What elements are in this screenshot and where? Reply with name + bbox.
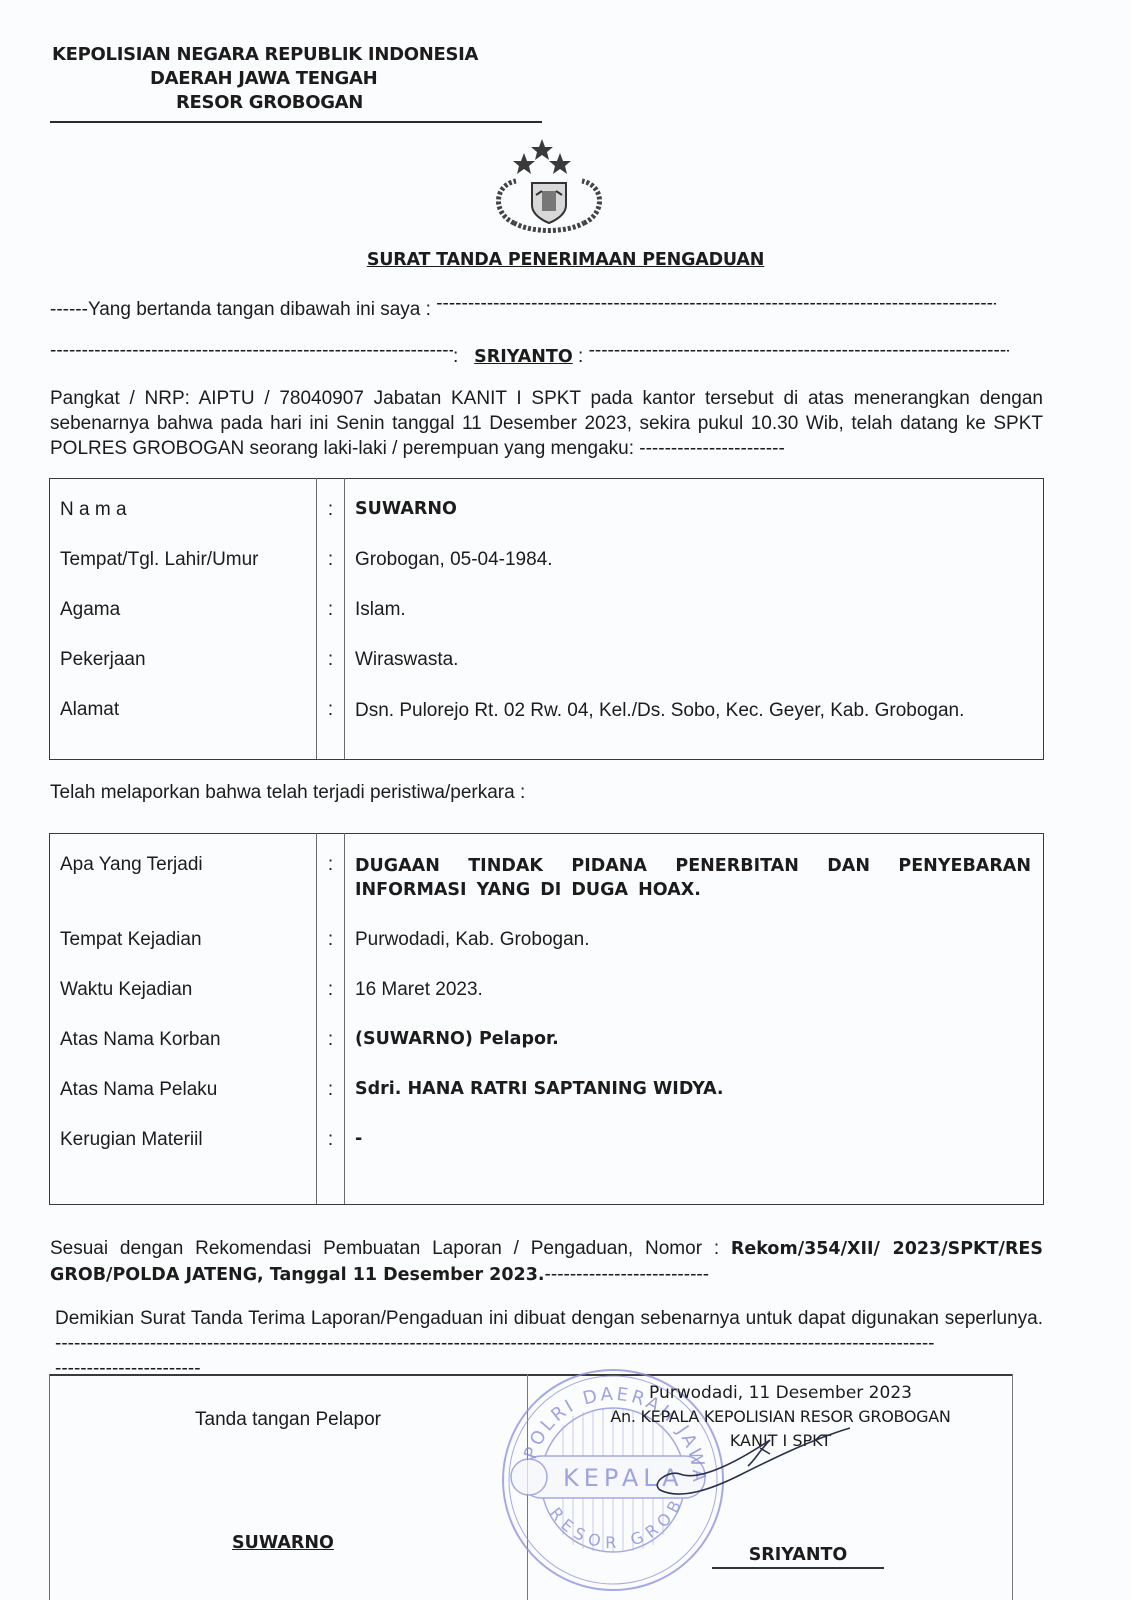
label-pekerjaan: Pekerjaan	[50, 649, 316, 699]
label-agama: Agama	[50, 599, 316, 649]
value-tempat-kejadian: Purwodadi, Kab. Grobogan.	[345, 929, 1043, 979]
document-title-text: SURAT TANDA PENERIMAAN PENGADUAN	[367, 250, 764, 270]
reporter-name: SUWARNO	[232, 1533, 334, 1553]
handwritten-signature-icon	[620, 1420, 860, 1510]
incident-labels: Apa Yang Terjadi Tempat Kejadian Waktu K…	[50, 834, 317, 1205]
separator: :	[317, 549, 344, 599]
separator: :	[317, 499, 344, 549]
reporter-signature-caption: Tanda tangan Pelapor	[49, 1409, 527, 1431]
separator: :	[317, 854, 344, 929]
incident-values: DUGAAN TINDAK PIDANA PENERBITAN DAN PENY…	[345, 834, 1044, 1205]
separator: :	[317, 979, 344, 1029]
letterhead-divider	[50, 121, 542, 123]
police-emblem-icon	[492, 135, 607, 235]
value-pekerjaan: Wiraswasta.	[345, 649, 1043, 699]
separator: :	[317, 599, 344, 649]
place-date: Purwodadi, 11 Desember 2023	[549, 1381, 1012, 1405]
officer-line: : SRIYANTO :	[50, 340, 1043, 368]
reporter-table: N a m a Tempat/Tgl. Lahir/Umur Agama Pek…	[49, 478, 1044, 760]
dash-trail: --------------------------	[545, 1264, 710, 1285]
value-kerugian: -	[345, 1129, 1043, 1179]
label-alamat: Alamat	[50, 699, 316, 755]
label-pelaku: Atas Nama Pelaku	[50, 1079, 316, 1129]
separator: :	[317, 1029, 344, 1079]
intro-line: ------Yang bertanda tangan dibawah ini s…	[50, 293, 1043, 321]
reporter-labels: N a m a Tempat/Tgl. Lahir/Umur Agama Pek…	[50, 479, 317, 760]
label-ttl: Tempat/Tgl. Lahir/Umur	[50, 549, 316, 599]
value-ttl: Grobogan, 05-04-1984.	[345, 549, 1043, 599]
incident-table: Apa Yang Terjadi Tempat Kejadian Waktu K…	[49, 833, 1044, 1205]
value-nama: SUWARNO	[345, 499, 1043, 549]
letterhead-line-1: KEPOLISIAN NEGARA REPUBLIK INDONESIA	[52, 44, 542, 65]
value-pelaku: Sdri. HANA RATRI SAPTANING WIDYA.	[345, 1079, 1043, 1129]
colon: :	[453, 346, 464, 367]
intro-text: Yang bertanda tangan dibawah ini saya :	[88, 299, 436, 320]
letterhead-line-2: DAERAH JAWA TENGAH	[52, 68, 542, 89]
signature-box-right-border	[1012, 1374, 1013, 1600]
separator: :	[317, 699, 344, 749]
separator: :	[317, 649, 344, 699]
officer-statement: Pangkat / NRP: AIPTU / 78040907 Jabatan …	[50, 386, 1043, 461]
value-waktu-kejadian: 16 Maret 2023.	[345, 979, 1043, 1029]
separator: :	[317, 929, 344, 979]
reporter-separators: : : : : :	[317, 479, 345, 760]
officer-name-signature: SRIYANTO	[749, 1545, 848, 1565]
letterhead-line-3: RESOR GROBOGAN	[52, 92, 542, 113]
label-tempat-kejadian: Tempat Kejadian	[50, 929, 316, 979]
incident-intro: Telah melaporkan bahwa telah terjadi per…	[50, 782, 1043, 804]
officer-name: SRIYANTO	[474, 347, 573, 367]
dash-prefix: ------	[50, 299, 88, 320]
separator: :	[317, 1129, 344, 1179]
value-apa-yang-terjadi: DUGAAN TINDAK PIDANA PENERBITAN DAN PENY…	[345, 854, 1043, 929]
closing-text: Demikian Surat Tanda Terima Laporan/Peng…	[55, 1308, 1043, 1329]
label-apa-yang-terjadi: Apa Yang Terjadi	[50, 854, 316, 929]
dash-fill	[436, 293, 996, 315]
recommendation-text: Sesuai dengan Rekomendasi Pembuatan Lapo…	[50, 1238, 731, 1259]
document-title: SURAT TANDA PENERIMAAN PENGADUAN	[0, 250, 1131, 270]
value-agama: Islam.	[345, 599, 1043, 649]
recommendation: Sesuai dengan Rekomendasi Pembuatan Lapo…	[50, 1236, 1043, 1288]
label-korban: Atas Nama Korban	[50, 1029, 316, 1079]
value-korban: (SUWARNO) Pelapor.	[345, 1029, 1043, 1079]
officer-signature-name: SRIYANTO	[712, 1545, 884, 1569]
colon: :	[573, 346, 589, 367]
signature-box-left-border	[49, 1374, 50, 1600]
incident-separators: : : : : : :	[317, 834, 345, 1205]
separator: :	[317, 1079, 344, 1129]
value-alamat: Dsn. Pulorejo Rt. 02 Rw. 04, Kel./Ds. So…	[345, 699, 1043, 749]
reporter-signature-name: SUWARNO	[232, 1532, 334, 1553]
letterhead: KEPOLISIAN NEGARA REPUBLIK INDONESIA DAE…	[52, 44, 542, 113]
label-kerugian: Kerugian Materiil	[50, 1129, 316, 1179]
dash-fill	[50, 340, 453, 362]
label-waktu-kejadian: Waktu Kejadian	[50, 979, 316, 1029]
dash-fill	[589, 340, 1009, 362]
label-nama: N a m a	[50, 499, 316, 549]
reporter-values: SUWARNO Grobogan, 05-04-1984. Islam. Wir…	[345, 479, 1044, 760]
